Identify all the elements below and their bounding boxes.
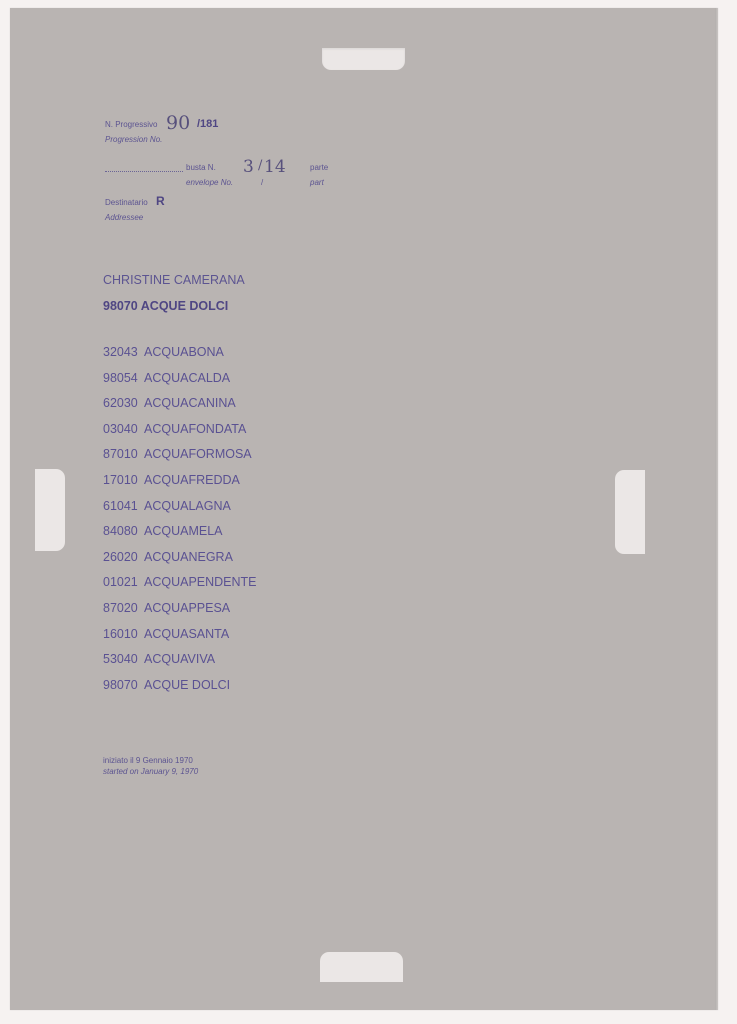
place-name: ACQUE DOLCI (144, 678, 230, 692)
place-name: ACQUAVIVA (144, 652, 215, 666)
place-name: ACQUALAGNA (144, 499, 231, 513)
list-item: 16010ACQUASANTA (103, 627, 229, 641)
list-item: 17010ACQUAFREDDA (103, 473, 240, 487)
part-label-en: part (310, 178, 324, 187)
punch-hole-top (322, 48, 405, 70)
addressee-label: Destinatario (105, 198, 148, 207)
postal-code: 62030 (103, 396, 144, 410)
recipient-address: 98070 ACQUE DOLCI (103, 299, 228, 313)
postal-code: 17010 (103, 473, 144, 487)
envelope-separator: / (258, 158, 262, 173)
list-item: 26020ACQUANEGRA (103, 550, 233, 564)
document-sheet: N. Progressivo 90 /181 Progression No. b… (10, 8, 718, 1010)
punch-hole-bottom (320, 952, 403, 982)
list-item: 32043ACQUABONA (103, 345, 224, 359)
dotted-line (105, 171, 183, 172)
progressive-label: N. Progressivo (105, 120, 157, 129)
started-date-it: iniziato il 9 Gennaio 1970 (103, 756, 193, 765)
postal-code: 84080 (103, 524, 144, 538)
progressive-number: 90 (166, 112, 190, 134)
place-name: ACQUANEGRA (144, 550, 233, 564)
progressive-label-en: Progression No. (105, 135, 162, 144)
list-item: 87010ACQUAFORMOSA (103, 447, 252, 461)
punch-hole-right (615, 470, 645, 554)
postal-code: 98054 (103, 371, 144, 385)
part-number: 14 (264, 157, 286, 177)
list-item: 61041ACQUALAGNA (103, 499, 231, 513)
place-name: ACQUAFONDATA (144, 422, 246, 436)
list-item: 87020ACQUAPPESA (103, 601, 230, 615)
postal-code: 03040 (103, 422, 144, 436)
list-item: 03040ACQUAFONDATA (103, 422, 246, 436)
postal-code: 98070 (103, 678, 144, 692)
postal-code: 87020 (103, 601, 144, 615)
postal-code: 53040 (103, 652, 144, 666)
list-item: 98054ACQUACALDA (103, 371, 230, 385)
envelope-label-en: envelope No. (186, 178, 233, 187)
envelope-number: 3 (243, 157, 254, 177)
started-date-en: started on January 9, 1970 (103, 767, 198, 776)
place-name: ACQUACALDA (144, 371, 230, 385)
place-name: ACQUAPPESA (144, 601, 230, 615)
place-name: ACQUABONA (144, 345, 224, 359)
place-name: ACQUAMELA (144, 524, 223, 538)
place-name: ACQUAFREDDA (144, 473, 240, 487)
slash: / (261, 178, 263, 187)
recipient-name: CHRISTINE CAMERANA (103, 273, 245, 287)
part-label: parte (310, 163, 328, 172)
list-item: 84080ACQUAMELA (103, 524, 223, 538)
envelope-label: busta N. (186, 163, 216, 172)
addressee-label-en: Addressee (105, 213, 143, 222)
punch-hole-left (35, 469, 65, 551)
postal-code: 61041 (103, 499, 144, 513)
place-name: ACQUACANINA (144, 396, 236, 410)
postal-code: 16010 (103, 627, 144, 641)
postal-code: 32043 (103, 345, 144, 359)
addressee-code: R (156, 194, 165, 208)
postal-code: 87010 (103, 447, 144, 461)
list-item: 62030ACQUACANINA (103, 396, 236, 410)
place-name: ACQUAPENDENTE (144, 575, 257, 589)
progressive-total: /181 (197, 118, 218, 130)
list-item: 01021ACQUAPENDENTE (103, 575, 257, 589)
list-item: 98070ACQUE DOLCI (103, 678, 230, 692)
list-item: 53040ACQUAVIVA (103, 652, 215, 666)
place-name: ACQUAFORMOSA (144, 447, 252, 461)
place-name: ACQUASANTA (144, 627, 229, 641)
postal-code: 01021 (103, 575, 144, 589)
postal-code: 26020 (103, 550, 144, 564)
